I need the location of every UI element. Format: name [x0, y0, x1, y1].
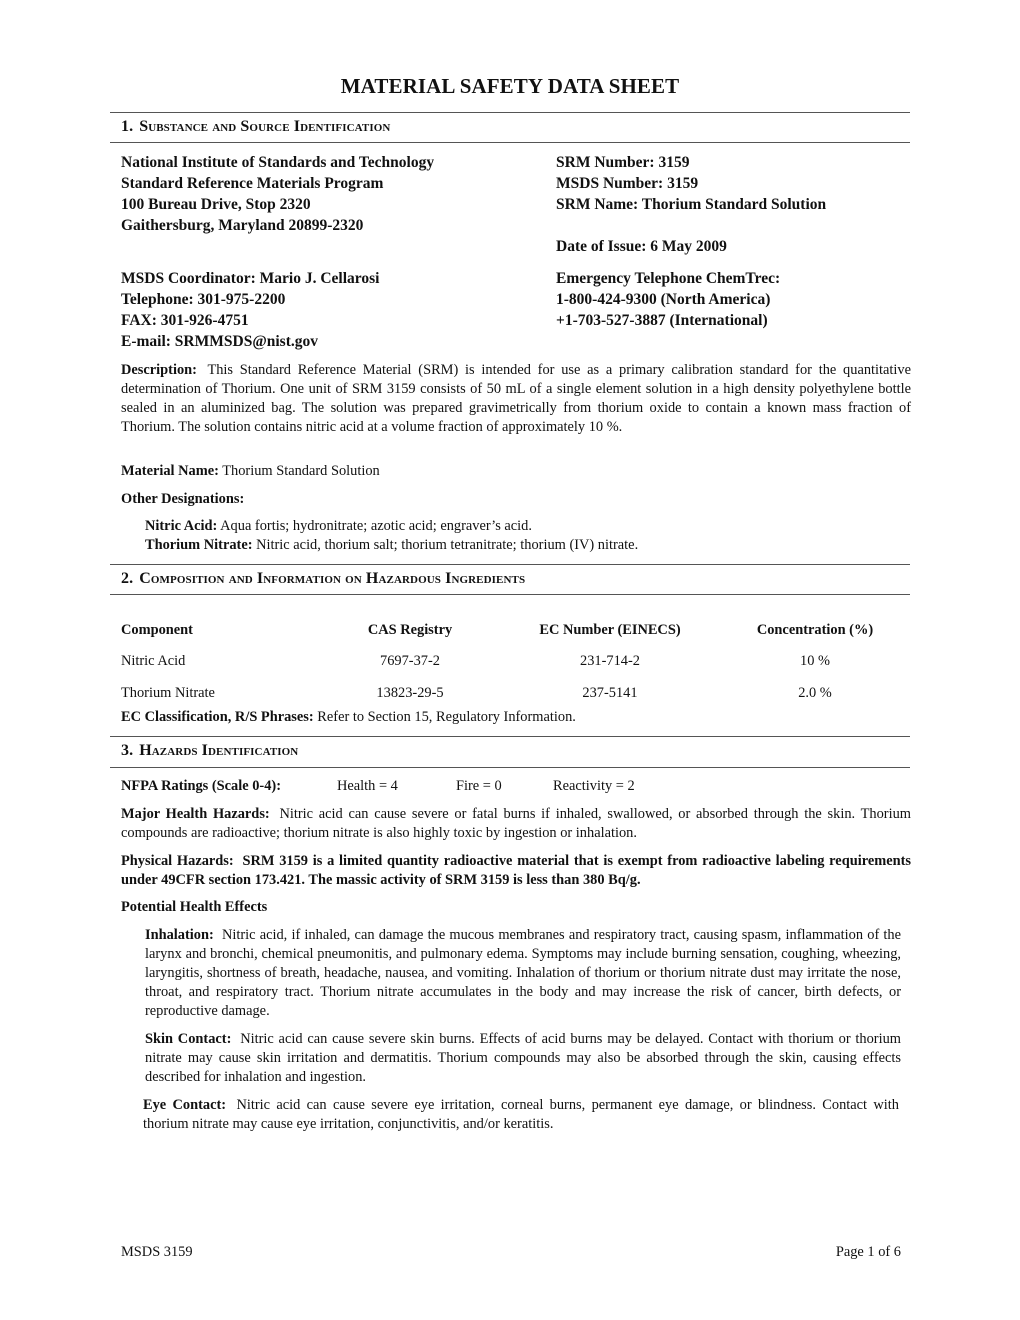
designation-value: Aqua fortis; hydronitrate; azotic acid; …	[220, 518, 532, 534]
table-cell: 231-714-2	[510, 653, 710, 670]
section-divider	[110, 564, 910, 565]
table-cell: 237-5141	[510, 685, 710, 702]
org-program: Standard Reference Materials Program	[121, 175, 383, 193]
major-health-hazards-label: Major Health Hazards:	[121, 806, 270, 822]
nfpa-reactivity: Reactivity = 2	[553, 778, 635, 795]
material-name-label: Material Name:	[121, 463, 219, 479]
other-designations-label: Other Designations:	[121, 491, 244, 508]
section-title: Hazards Identification	[139, 742, 298, 759]
nfpa-health: Health = 4	[337, 778, 398, 795]
designation-label: Thorium Nitrate:	[145, 537, 253, 553]
srm-number: SRM Number: 3159	[556, 154, 689, 172]
skin-contact: Skin Contact: Nitric acid can cause seve…	[145, 1030, 901, 1087]
physical-hazards-text: SRM 3159 is a limited quantity radioacti…	[121, 853, 911, 888]
designation-value: Nitric acid, thorium salt; thorium tetra…	[256, 537, 638, 553]
designation-thorium-nitrate: Thorium Nitrate: Nitric acid, thorium sa…	[145, 537, 638, 554]
section-divider	[110, 142, 910, 143]
org-address: 100 Bureau Drive, Stop 2320	[121, 196, 311, 214]
table-cell: 13823-29-5	[325, 685, 495, 702]
table-header: CAS Registry	[325, 622, 495, 639]
ec-classification-label: EC Classification, R/S Phrases:	[121, 709, 314, 725]
table-cell: Thorium Nitrate	[121, 685, 215, 702]
msds-number: MSDS Number: 3159	[556, 175, 698, 193]
org-city: Gaithersburg, Maryland 20899-2320	[121, 217, 363, 235]
section-number: 3.	[121, 742, 133, 759]
table-header: EC Number (EINECS)	[510, 622, 710, 639]
nfpa-fire: Fire = 0	[456, 778, 502, 795]
section-1-heading: 1.Substance and Source Identification	[121, 118, 390, 136]
footer-doc-id: MSDS 3159	[121, 1244, 193, 1261]
description-label: Description:	[121, 362, 197, 378]
physical-hazards: Physical Hazards: SRM 3159 is a limited …	[121, 852, 911, 890]
material-name: Material Name: Thorium Standard Solution	[121, 463, 380, 480]
date-of-issue: Date of Issue: 6 May 2009	[556, 238, 727, 256]
eye-contact-text: Nitric acid can cause severe eye irritat…	[143, 1097, 899, 1132]
srm-name: SRM Name: Thorium Standard Solution	[556, 196, 826, 214]
section-divider	[110, 112, 910, 113]
email: E-mail: SRMMSDS@nist.gov	[121, 333, 318, 351]
inhalation-label: Inhalation:	[145, 927, 214, 943]
section-title: Composition and Information on Hazardous…	[139, 570, 525, 587]
physical-hazards-label: Physical Hazards:	[121, 853, 234, 869]
section-number: 1.	[121, 118, 133, 135]
inhalation-text: Nitric acid, if inhaled, can damage the …	[145, 927, 901, 1019]
major-health-hazards: Major Health Hazards: Nitric acid can ca…	[121, 805, 911, 843]
telephone: Telephone: 301-975-2200	[121, 291, 285, 309]
potential-health-effects-label: Potential Health Effects	[121, 899, 267, 916]
section-divider	[110, 736, 910, 737]
footer-page-number: Page 1 of 6	[836, 1244, 901, 1261]
emergency-telephone-label: Emergency Telephone ChemTrec:	[556, 270, 780, 288]
fax: FAX: 301-926-4751	[121, 312, 249, 330]
skin-contact-text: Nitric acid can cause severe skin burns.…	[145, 1031, 901, 1085]
emergency-phone-na: 1-800-424-9300 (North America)	[556, 291, 770, 309]
designation-nitric-acid: Nitric Acid: Aqua fortis; hydronitrate; …	[145, 518, 532, 535]
document-title: MATERIAL SAFETY DATA SHEET	[110, 74, 910, 99]
section-divider	[110, 594, 910, 595]
table-cell: Nitric Acid	[121, 653, 185, 670]
skin-contact-label: Skin Contact:	[145, 1031, 231, 1047]
table-cell: 10 %	[730, 653, 900, 670]
section-3-heading: 3.Hazards Identification	[121, 742, 298, 760]
section-number: 2.	[121, 570, 133, 587]
ec-classification: EC Classification, R/S Phrases: Refer to…	[121, 709, 576, 726]
ec-classification-value: Refer to Section 15, Regulatory Informat…	[317, 709, 576, 725]
section-divider	[110, 767, 910, 768]
eye-contact: Eye Contact: Nitric acid can cause sever…	[143, 1096, 899, 1134]
section-title: Substance and Source Identification	[139, 118, 390, 135]
description: Description: This Standard Reference Mat…	[121, 361, 911, 437]
msds-coordinator: MSDS Coordinator: Mario J. Cellarosi	[121, 270, 379, 288]
emergency-phone-intl: +1-703-527-3887 (International)	[556, 312, 768, 330]
section-2-heading: 2.Composition and Information on Hazardo…	[121, 570, 525, 588]
nfpa-label: NFPA Ratings (Scale 0-4):	[121, 778, 281, 795]
table-cell: 2.0 %	[730, 685, 900, 702]
table-header: Component	[121, 622, 193, 639]
description-text: This Standard Reference Material (SRM) i…	[121, 362, 911, 435]
eye-contact-label: Eye Contact:	[143, 1097, 226, 1113]
inhalation: Inhalation: Nitric acid, if inhaled, can…	[145, 926, 901, 1021]
material-name-value: Thorium Standard Solution	[222, 463, 380, 479]
org-name: National Institute of Standards and Tech…	[121, 154, 434, 172]
table-cell: 7697-37-2	[325, 653, 495, 670]
table-header: Concentration (%)	[730, 622, 900, 639]
designation-label: Nitric Acid:	[145, 518, 217, 534]
